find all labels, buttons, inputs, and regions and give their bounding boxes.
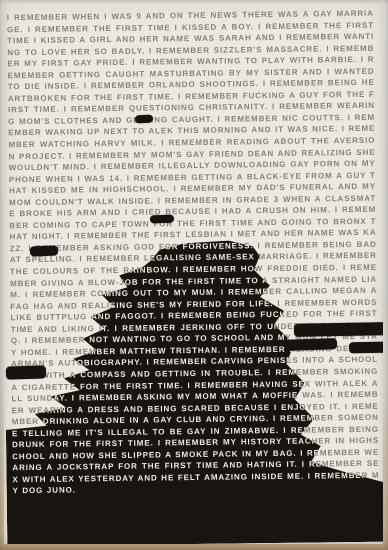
redaction-scribble: [135, 115, 153, 124]
redaction-scribble: [285, 338, 337, 351]
redaction-scribble: [349, 342, 383, 354]
text-stack: I REMEMBER WHEN I WAS 9 AND ON THE NEWS …: [4, 3, 383, 544]
picture-frame: I REMEMBER WHEN I WAS 9 AND ON THE NEWS …: [0, 0, 388, 550]
redaction-scribble: [150, 215, 174, 224]
redaction-scribble: [30, 246, 58, 257]
artwork-paper: I REMEMBER WHEN I WAS 9 AND ON THE NEWS …: [4, 3, 383, 544]
redaction-scribble: [294, 322, 383, 337]
photo-of-framed-artwork: { "artwork": { "transcript": "I REMEMBER…: [0, 0, 388, 550]
redaction-scribble: [6, 365, 46, 379]
